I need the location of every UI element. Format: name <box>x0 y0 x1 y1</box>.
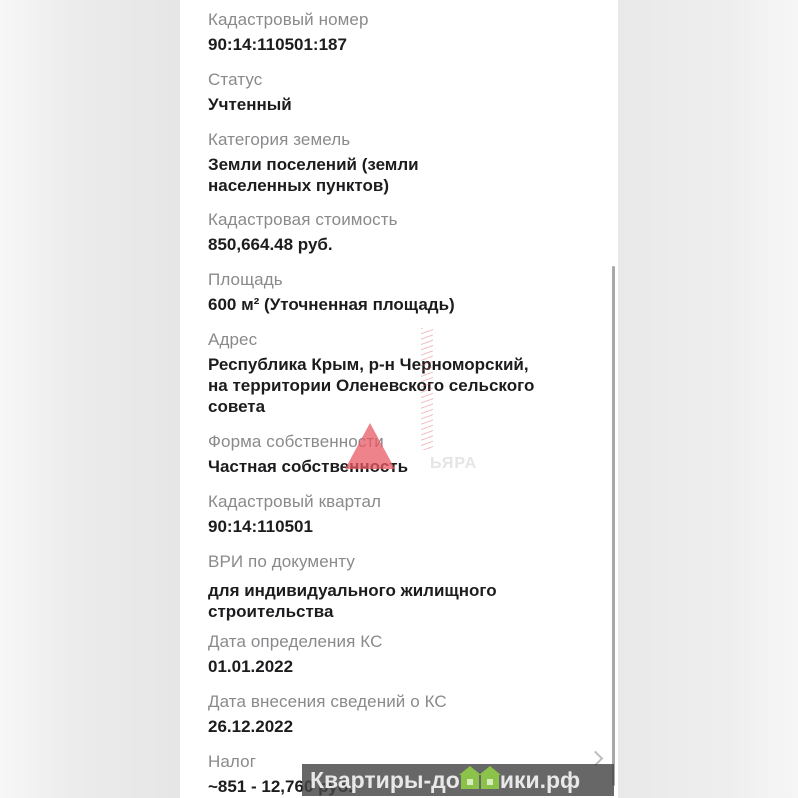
scrollbar[interactable] <box>612 266 615 786</box>
banner-text-start: Квартиры-до <box>310 767 460 794</box>
value-line: для индивидуального жилищного <box>208 580 588 601</box>
field-value[interactable]: для индивидуального жилищного строительс… <box>208 580 588 622</box>
field-entry-date: Дата внесения сведений о КС 26.12.2022 <box>208 692 588 737</box>
cadastral-info-panel: Кадастровый номер 90:14:110501:187 Стату… <box>180 0 618 798</box>
value-line: Земли поселений (земли <box>208 154 588 175</box>
field-value[interactable]: Частная собственность <box>208 456 588 477</box>
field-value[interactable]: 600 м² (Уточненная площадь) <box>208 294 588 315</box>
field-valuation-date: Дата определения КС 01.01.2022 <box>208 632 588 677</box>
field-value[interactable]: 01.01.2022 <box>208 656 588 677</box>
field-permitted-use: ВРИ по документу для индивидуального жил… <box>208 552 588 622</box>
field-label: Форма собственности <box>208 432 588 452</box>
value-line: населенных пунктов) <box>208 175 588 196</box>
watermark-stripes <box>421 328 433 450</box>
blurred-background-left <box>0 0 180 798</box>
field-label: Площадь <box>208 270 588 290</box>
blurred-background-right <box>618 0 798 798</box>
house-icon <box>461 775 479 789</box>
field-area: Площадь 600 м² (Уточненная площадь) <box>208 270 588 315</box>
field-label: Кадастровый номер <box>208 10 588 30</box>
field-value[interactable]: 90:14:110501:187 <box>208 34 588 55</box>
field-cadastral-quarter: Кадастровый квартал 90:14:110501 <box>208 492 588 537</box>
value-line: совета <box>208 396 588 417</box>
field-label: Дата определения КС <box>208 632 588 652</box>
banner-text-end: ики.рф <box>500 767 580 794</box>
field-value[interactable]: Земли поселений (земли населенных пункто… <box>208 154 588 196</box>
field-status: Статус Учтенный <box>208 70 588 115</box>
field-ownership-form: Форма собственности Частная собственност… <box>208 432 588 477</box>
watermark-faint-text: ЬЯРА <box>430 455 477 473</box>
field-label: Категория земель <box>208 130 588 150</box>
field-label: Адрес <box>208 330 588 350</box>
watermark-triangle-icon <box>345 423 395 469</box>
value-line: Республика Крым, р-н Черноморский, <box>208 354 588 375</box>
field-label: Кадастровая стоимость <box>208 210 588 230</box>
field-land-category: Категория земель Земли поселений (земли … <box>208 130 588 196</box>
field-value[interactable]: Республика Крым, р-н Черноморский, на те… <box>208 354 588 417</box>
field-cadastral-number: Кадастровый номер 90:14:110501:187 <box>208 10 588 55</box>
value-line: строительства <box>208 601 588 622</box>
field-label: Кадастровый квартал <box>208 492 588 512</box>
field-value[interactable]: Учтенный <box>208 94 588 115</box>
field-cadastral-value: Кадастровая стоимость 850,664.48 руб. <box>208 210 588 255</box>
field-value[interactable]: 850,664.48 руб. <box>208 234 588 255</box>
watermark-banner: Квартиры-доики.рф <box>302 764 614 796</box>
house-icon <box>481 775 499 789</box>
value-line: на территории Оленевского сельского <box>208 375 588 396</box>
field-value[interactable]: 90:14:110501 <box>208 516 588 537</box>
field-address: Адрес Республика Крым, р-н Черноморский,… <box>208 330 588 417</box>
field-value[interactable]: 26.12.2022 <box>208 716 588 737</box>
field-label: Статус <box>208 70 588 90</box>
field-label: ВРИ по документу <box>208 552 588 572</box>
field-label: Дата внесения сведений о КС <box>208 692 588 712</box>
